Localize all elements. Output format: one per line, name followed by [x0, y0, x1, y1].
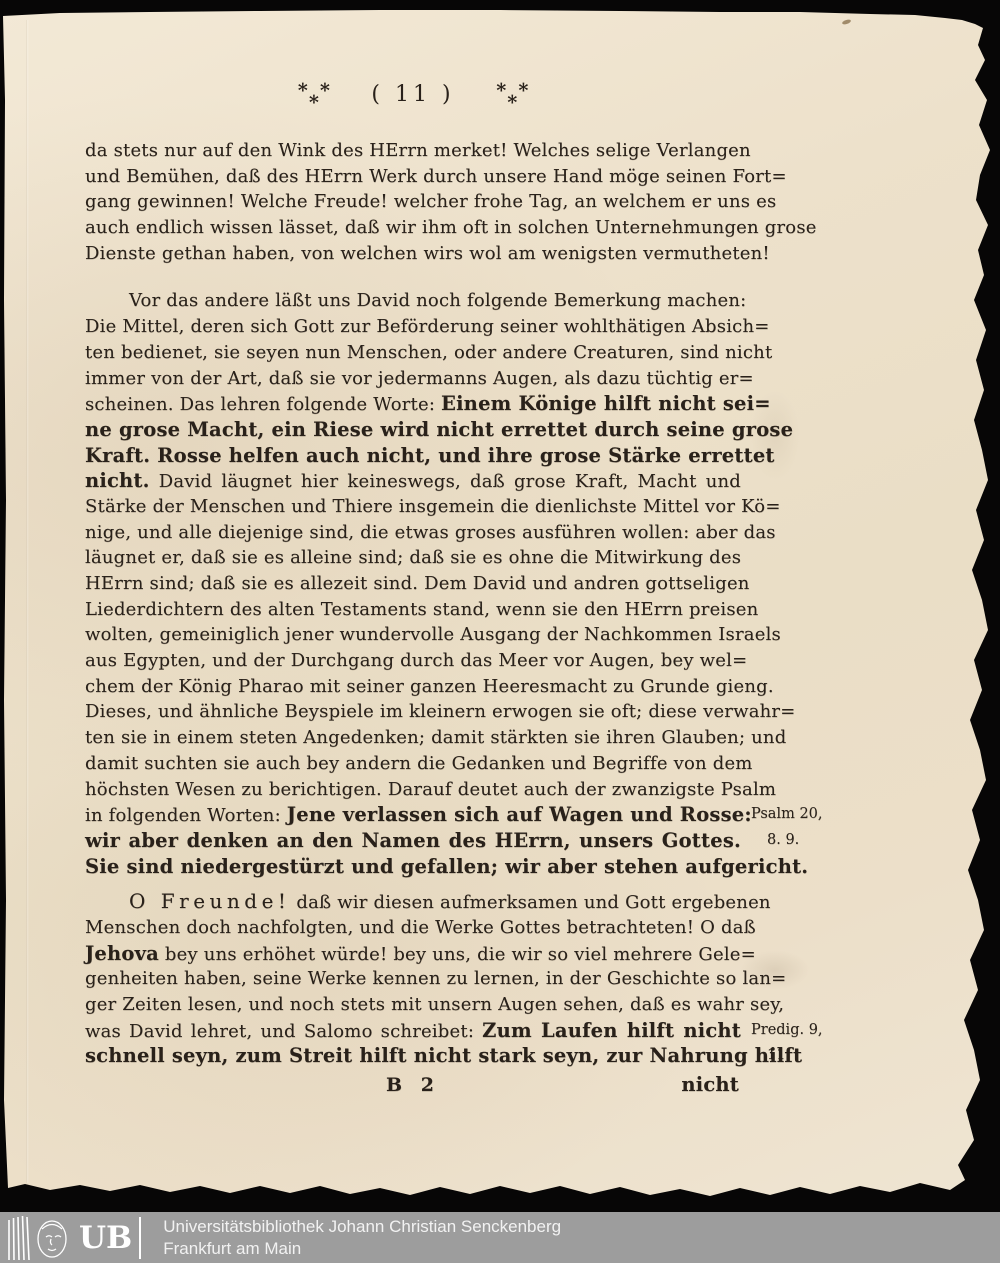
- text-segment: scheinen. Das lehren folgende Worte:: [85, 394, 441, 415]
- library-name: Universitätsbibliothek Johann Christian …: [163, 1216, 561, 1260]
- text-line: aus Egypten, und der Durchgang durch das…: [85, 648, 741, 674]
- text-segment: Sie sind niedergestürzt und gefallen; wi…: [85, 855, 808, 878]
- text-line: nicht. David läugnet hier keineswegs, da…: [85, 468, 741, 494]
- text-line: Liederdichtern des alten Testaments stan…: [85, 597, 741, 623]
- logo-separator: [139, 1217, 141, 1259]
- text-segment: ten sie in einem steten Angedenken; dami…: [85, 727, 786, 748]
- text-line: schnell seyn, zum Streit hilft nicht sta…: [85, 1043, 741, 1069]
- text-segment: Die Mittel, deren sich Gott zur Beförder…: [85, 316, 770, 337]
- text-line: auch endlich wissen lässet, daß wir ihm …: [85, 215, 741, 241]
- text-segment: David läugnet hier keineswegs, daß grose…: [150, 471, 741, 492]
- goethe-portrait-icon: [5, 1215, 77, 1261]
- paper-crease: [26, 20, 29, 1183]
- text-segment: chem der König Pharao mit seiner ganzen …: [85, 676, 774, 697]
- text-line: da stets nur auf den Wink des HErrn merk…: [85, 138, 741, 164]
- paper-sheet: ∗ ∗ ∗ ( 11 ) ∗ ∗ ∗ da stets nur a: [0, 0, 1000, 1263]
- library-footer: UB Universitätsbibliothek Johann Christi…: [0, 1212, 1000, 1263]
- text-segment: höchsten Wesen zu berichtigen. Darauf de…: [85, 779, 776, 800]
- text-line: ger Zeiten lesen, und noch stets mit uns…: [85, 992, 741, 1018]
- text-segment: auch endlich wissen lässet, daß wir ihm …: [85, 217, 817, 238]
- text-line: und Bemühen, daß des HErrn Werk durch un…: [85, 164, 741, 190]
- asterisk-icon: ∗: [506, 88, 519, 110]
- text-segment: läugnet er, daß sie es alleine sind; daß…: [85, 547, 741, 568]
- margin-note-line: Predig. 9,: [751, 1018, 846, 1044]
- text-line: damit suchten sie auch bey andern die Ge…: [85, 751, 741, 777]
- paragraph: da stets nur auf den Wink des HErrn merk…: [85, 138, 741, 266]
- text-line: Dieses, und ähnliche Beyspiele im kleine…: [85, 699, 741, 725]
- margin-note: Psalm 20,8. 9.: [751, 802, 846, 853]
- text-line: chem der König Pharao mit seiner ganzen …: [85, 674, 741, 700]
- text-segment: immer von der Art, daß sie vor jedermann…: [85, 368, 754, 389]
- text-line: HErrn sind; daß sie es allezeit sind. De…: [85, 571, 741, 597]
- text-line: gang gewinnen! Welche Freude! welcher fr…: [85, 189, 741, 215]
- library-name-line1: Universitätsbibliothek Johann Christian …: [163, 1216, 561, 1238]
- text-line: Vor das andere läßt uns David noch folge…: [85, 288, 741, 314]
- text-segment: HErrn sind; daß sie es allezeit sind. De…: [85, 573, 750, 594]
- text-line: Jehova bey uns erhöhet würde! bey uns, d…: [85, 941, 741, 967]
- paragraph: O Freunde! daß wir diesen aufmerksamen u…: [85, 889, 741, 1069]
- text-line: immer von der Art, daß sie vor jedermann…: [85, 366, 741, 392]
- text-segment: ne grose Macht, ein Riese wird nicht err…: [85, 418, 793, 441]
- text-segment: Dieses, und ähnliche Beyspiele im kleine…: [85, 701, 796, 722]
- ub-logo-text: UB: [79, 1215, 132, 1261]
- signature-line: B 2nicht: [85, 1072, 741, 1098]
- page-number: ( 11 ): [371, 82, 454, 107]
- asterisk-ornament-right: ∗ ∗ ∗: [495, 80, 530, 106]
- text-segment: da stets nur auf den Wink des HErrn merk…: [85, 140, 751, 161]
- text-segment: und Bemühen, daß des HErrn Werk durch un…: [85, 166, 787, 187]
- text-line: ten sie in einem steten Angedenken; dami…: [85, 725, 741, 751]
- text-segment: genheiten haben, seine Werke kennen zu l…: [85, 968, 786, 989]
- margin-note-line: 8. 9.: [751, 828, 846, 854]
- asterisk-icon: ∗: [307, 88, 320, 110]
- asterisk-ornament-left: ∗ ∗ ∗: [296, 80, 331, 106]
- text-segment: Liederdichtern des alten Testaments stan…: [85, 599, 758, 620]
- catchword: nicht: [681, 1072, 739, 1098]
- paper-speck: [842, 19, 852, 26]
- text-segment: damit suchten sie auch bey andern die Ge…: [85, 753, 753, 774]
- text-line: ten bedienet, sie seyen nun Menschen, od…: [85, 340, 741, 366]
- text-line: was David lehret, und Salomo schreibet: …: [85, 1018, 741, 1044]
- text-line: in folgenden Worten: Jene verlassen sich…: [85, 802, 741, 828]
- text-segment: ten bedienet, sie seyen nun Menschen, od…: [85, 342, 772, 363]
- text-line: wolten, gemeiniglich jener wundervolle A…: [85, 622, 741, 648]
- text-line: ne grose Macht, ein Riese wird nicht err…: [85, 417, 741, 443]
- text-line: Stärke der Menschen und Thiere insgemein…: [85, 494, 741, 520]
- text-segment: in folgenden Worten:: [85, 805, 287, 826]
- text-segment: was David lehret, und Salomo schreibet:: [85, 1021, 482, 1042]
- running-head: ∗ ∗ ∗ ( 11 ) ∗ ∗ ∗: [85, 80, 741, 107]
- text-segment: Einem Könige hilft nicht sei=: [441, 392, 771, 415]
- text-line: wir aber denken an den Namen des HErrn, …: [85, 828, 741, 854]
- text-segment: wir aber denken an den Namen des HErrn, …: [85, 829, 741, 852]
- text-segment: daß wir diesen aufmerksamen und Gott erg…: [290, 892, 770, 913]
- text-segment: schnell seyn, zum Streit hilft nicht sta…: [85, 1044, 802, 1067]
- text-segment: Dienste gethan haben, von welchen wirs w…: [85, 243, 770, 264]
- text-segment: bey uns erhöhet würde! bey uns, die wir …: [159, 944, 756, 965]
- text-segment: nige, und alle diejenige sind, die etwas…: [85, 522, 776, 543]
- text-segment: Zum Laufen hilft nicht: [482, 1019, 741, 1042]
- text-segment: wolten, gemeiniglich jener wundervolle A…: [85, 624, 781, 645]
- text-line: Kraft. Rosse helfen auch nicht, und ihre…: [85, 443, 741, 469]
- text-line: höchsten Wesen zu berichtigen. Darauf de…: [85, 777, 741, 803]
- text-line: Die Mittel, deren sich Gott zur Beförder…: [85, 314, 741, 340]
- text-segment: ger Zeiten lesen, und noch stets mit uns…: [85, 994, 784, 1015]
- ub-library-logo: UB: [5, 1215, 141, 1261]
- text-segment: Menschen doch nachfolgten, und die Werke…: [85, 917, 756, 938]
- text-segment: nicht.: [85, 469, 150, 492]
- paragraph: Vor das andere läßt uns David noch folge…: [85, 288, 741, 879]
- text-segment: aus Egypten, und der Durchgang durch das…: [85, 650, 747, 671]
- text-line: scheinen. Das lehren folgende Worte: Ein…: [85, 391, 741, 417]
- text-line: läugnet er, daß sie es alleine sind; daß…: [85, 545, 741, 571]
- text-line: O Freunde! daß wir diesen aufmerksamen u…: [85, 889, 741, 915]
- text-segment: Jehova: [85, 942, 159, 965]
- library-name-line2: Frankfurt am Main: [163, 1238, 561, 1260]
- text-segment: O Freunde!: [129, 889, 290, 913]
- text-line: Menschen doch nachfolgten, und die Werke…: [85, 915, 741, 941]
- signature-mark: B 2: [85, 1072, 741, 1098]
- text-line: Sie sind niedergestürzt und gefallen; wi…: [85, 854, 741, 880]
- text-segment: Stärke der Menschen und Thiere insgemein…: [85, 496, 781, 517]
- margin-note-line: Psalm 20,: [751, 802, 846, 828]
- text-segment: Jene verlassen sich auf Wagen und Rosse:: [287, 803, 752, 826]
- text-segment: Vor das andere läßt uns David noch folge…: [129, 290, 746, 311]
- text-line: Dienste gethan haben, von welchen wirs w…: [85, 241, 741, 267]
- text-line: genheiten haben, seine Werke kennen zu l…: [85, 966, 741, 992]
- text-line: nige, und alle diejenige sind, die etwas…: [85, 520, 741, 546]
- text-segment: Kraft. Rosse helfen auch nicht, und ihre…: [85, 444, 775, 467]
- text-segment: gang gewinnen! Welche Freude! welcher fr…: [85, 191, 776, 212]
- body-text: da stets nur auf den Wink des HErrn merk…: [85, 138, 741, 1098]
- scanned-book-page: ∗ ∗ ∗ ( 11 ) ∗ ∗ ∗ da stets nur a: [0, 0, 1000, 1263]
